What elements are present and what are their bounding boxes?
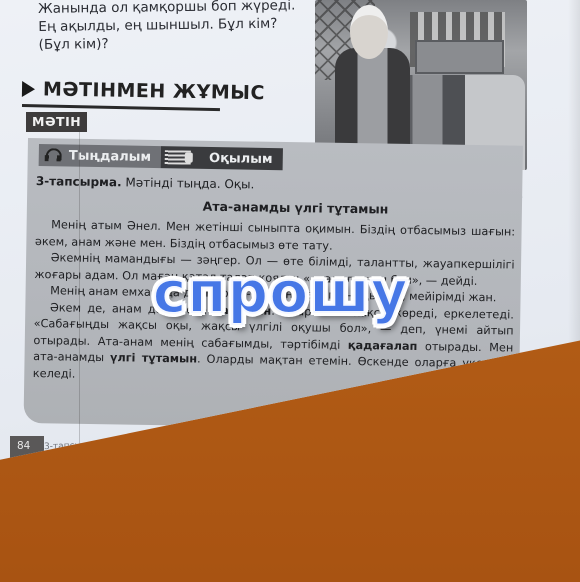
ornament-carpet [415, 40, 504, 74]
riddle-text: Жанында ол қамқоршы боп жүреді. Ең ақылд… [38, 0, 296, 54]
tab-reading[interactable]: Оқылым [161, 146, 283, 170]
keyword: үлгі тұтамын [110, 351, 197, 365]
activity-tabs: Тыңдалым Оқылым [39, 144, 283, 170]
triangle-bullet-icon [22, 81, 35, 97]
sticker-overlay-text: спрошу [153, 258, 409, 326]
headphones-icon [45, 148, 61, 162]
tab-label: Тыңдалым [69, 148, 152, 164]
section-title: МӘТІНМЕН ЖҰМЫС [22, 78, 265, 104]
riddle-line: Ең ақылды, ең шыншыл. Бұл кім? [38, 14, 295, 36]
section-title-text: МӘТІНМЕН ЖҰМЫС [43, 78, 265, 104]
tab-listening[interactable]: Тыңдалым [39, 144, 162, 168]
book-icon [165, 150, 191, 164]
page-edge-shadow [568, 0, 580, 350]
story-title: Ата-анамды үлгі тұтамын [35, 196, 515, 219]
riddle-line: (Бұл кім)? [39, 32, 296, 54]
tab-label: Оқылым [209, 150, 273, 166]
section-underline [22, 104, 220, 111]
woman-head [350, 5, 388, 59]
keyword: қадағалап [348, 338, 418, 352]
task-instruction: Мәтінді тыңда. Оқы. [125, 175, 254, 191]
